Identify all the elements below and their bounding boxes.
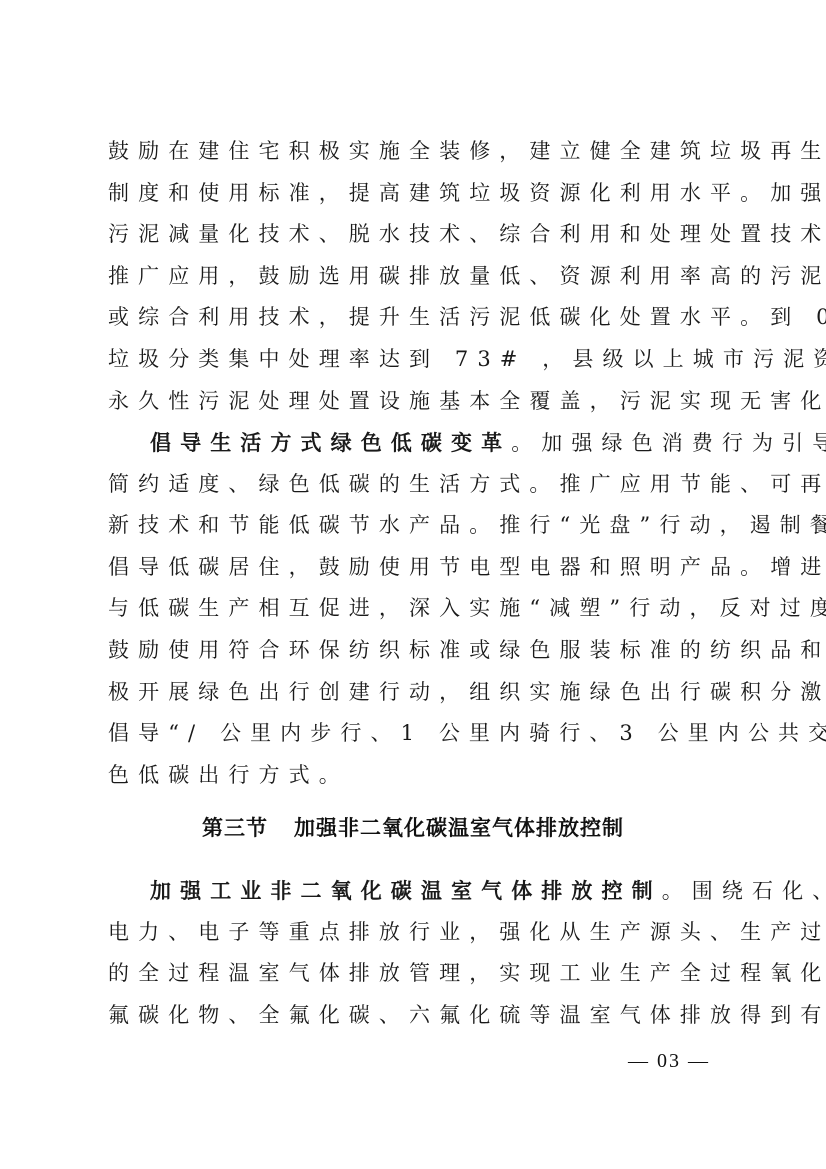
- paragraph-non-co2-control: 加强工业非二氧化碳温室气体排放控制。围绕石化、化工、 电力、电子等重点排放行业，…: [108, 870, 720, 1036]
- text-line: 推广应用，鼓励选用碳排放量低、资源利用率高的污泥处理处置: [108, 256, 720, 298]
- text-line: 极开展绿色出行创建行动，组织实施绿色出行碳积分激励工程，: [108, 672, 720, 714]
- text-line: 氟碳化物、全氟化碳、六氟化硫等温室气体排放得到有效控制。: [108, 995, 720, 1037]
- paragraph-lead: 倡导生活方式绿色低碳变革: [150, 430, 511, 455]
- text-line: 或综合利用技术，提升生活污泥低碳化处置水平。到 0.03 年，: [108, 297, 720, 339]
- text-line-first: 加强工业非二氧化碳温室气体排放控制。围绕石化、化工、: [108, 870, 720, 912]
- section-heading: 第三节加强非二氧化碳温室气体排放控制: [0, 812, 826, 842]
- paragraph-lead-rest: 。加强绿色消费行为引导，倡导: [511, 431, 826, 455]
- paragraph-lead-rest: 。围绕石化、化工、: [662, 879, 826, 903]
- text-line: 简约适度、绿色低碳的生活方式。推广应用节能、可再生能源等: [108, 464, 720, 506]
- text-line: 倡导“/ 公里内步行、1 公里内骑行、3 公里内公共交通”的绿: [108, 713, 720, 755]
- paragraph-waste-sludge: 鼓励在建住宅积极实施全装修，建立健全建筑垃圾再生产品标识 制度和使用标准，提高建…: [108, 131, 720, 422]
- text-line: 新技术和节能低碳节水产品。推行“光盘”行动，遏制餐饮浪费。: [108, 505, 720, 547]
- text-line: 色低碳出行方式。: [108, 755, 720, 797]
- paragraph-green-lifestyle: 倡导生活方式绿色低碳变革。加强绿色消费行为引导，倡导 简约适度、绿色低碳的生活方…: [108, 422, 720, 796]
- text-line: 电力、电子等重点排放行业，强化从生产源头、生产过程到产品: [108, 912, 720, 954]
- text-line: 的全过程温室气体排放管理，实现工业生产全过程氧化亚氮、氢: [108, 953, 720, 995]
- text-line: 倡导低碳居住，鼓励使用节电型电器和照明产品。增进低碳消费: [108, 547, 720, 589]
- section-title: 加强非二氧化碳温室气体排放控制: [294, 816, 624, 840]
- text-line: 制度和使用标准，提高建筑垃圾资源化利用水平。加强城镇生活: [108, 173, 720, 215]
- text-line-first: 倡导生活方式绿色低碳变革。加强绿色消费行为引导，倡导: [108, 422, 720, 464]
- document-page: 鼓励在建住宅积极实施全装修，建立健全建筑垃圾再生产品标识 制度和使用标准，提高建…: [0, 0, 826, 1169]
- page-number: — 03 —: [628, 1050, 710, 1073]
- paragraph-lead: 加强工业非二氧化碳温室气体排放控制: [150, 878, 662, 903]
- section-number: 第三节: [202, 816, 268, 840]
- text-line: 污泥减量化技术、脱水技术、综合利用和处理处置技术的研发及: [108, 214, 720, 256]
- text-line: 垃圾分类集中处理率达到 73# ，县级以上城市污泥资源化利用或: [108, 339, 720, 381]
- text-line: 鼓励在建住宅积极实施全装修，建立健全建筑垃圾再生产品标识: [108, 131, 720, 173]
- text-line: 永久性污泥处理处置设施基本全覆盖，污泥实现无害化处置。: [108, 381, 720, 423]
- text-line: 鼓励使用符合环保纺织标准或绿色服装标准的纺织品和服装。积: [108, 630, 720, 672]
- text-line: 与低碳生产相互促进，深入实施“减塑”行动，反对过度包装，: [108, 588, 720, 630]
